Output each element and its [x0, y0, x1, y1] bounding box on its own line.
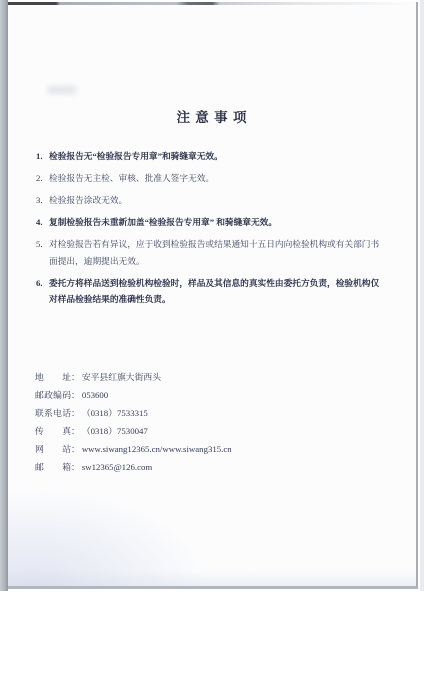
contact-block: 地址：安平县红旗大街西头 邮政编码：053600 联系电话：（0318）7533… — [35, 368, 232, 476]
contact-value: （0318）7530047 — [82, 426, 148, 436]
contact-value: （0318）7533315 — [82, 408, 148, 418]
scan-canvas: 注 意 事 项 1. 检验报告无“检验报告专用章”和骑缝章无效。 2. 检验报告… — [0, 0, 424, 700]
notice-item-3: 3. 检验报告涂改无效。 — [36, 192, 387, 209]
notice-list: 1. 检验报告无“检验报告专用章”和骑缝章无效。 2. 检验报告无主检、审核、批… — [36, 148, 387, 313]
contact-colon: ： — [71, 422, 80, 440]
contact-label: 地址 — [35, 368, 71, 386]
notice-item-6: 6. 委托方将样品送到检验机构检验时，样品及其信息的真实性由委托方负责，检验机构… — [36, 275, 387, 308]
item-number: 5. — [36, 236, 43, 253]
item-text: 检验报告涂改无效。 — [49, 195, 127, 205]
contact-label: 传真 — [35, 422, 71, 440]
item-text: 对检验报告若有异议，应于收到检验报告或结果通知十五日内向检验机构或有关部门书面提… — [49, 239, 379, 266]
notice-item-4: 4. 复制检验报告未重新加盖“检验报告专用章” 和骑缝章无效。 — [36, 214, 387, 231]
item-number: 1. — [36, 148, 43, 165]
notice-item-5: 5. 对检验报告若有异议，应于收到检验报告或结果通知十五日内向检验机构或有关部门… — [36, 236, 387, 269]
contact-label: 邮箱 — [35, 458, 71, 476]
contact-colon: ： — [71, 404, 80, 422]
contact-value: 053600 — [82, 390, 108, 400]
item-text: 检验报告无“检验报告专用章”和骑缝章无效。 — [49, 151, 223, 161]
contact-row-phone: 联系电话：（0318）7533315 — [35, 404, 232, 422]
contact-value: www.siwang12365.cn/www.siwang315.cn — [82, 444, 232, 454]
notice-item-2: 2. 检验报告无主检、审核、批准人签字无效。 — [36, 170, 387, 187]
scan-bottom-tint-artifact — [8, 570, 416, 586]
item-text: 委托方将样品送到检验机构检验时，样品及其信息的真实性由委托方负责，检验机构仅对样… — [49, 278, 379, 305]
contact-row-postcode: 邮政编码：053600 — [35, 386, 232, 404]
scan-smudge-artifact — [48, 86, 76, 94]
page-title: 注 意 事 项 — [8, 106, 416, 126]
item-text: 检验报告无主检、审核、批准人签字无效。 — [49, 173, 214, 183]
contact-value: sw12365@126.com — [82, 462, 152, 472]
contact-label: 联系电话 — [35, 404, 71, 422]
item-number: 2. — [36, 170, 43, 187]
contact-colon: ： — [71, 386, 80, 404]
contact-label: 邮政编码 — [35, 386, 71, 404]
contact-colon: ： — [71, 440, 80, 458]
scanner-left-edge — [0, 0, 8, 591]
notice-item-1: 1. 检验报告无“检验报告专用章”和骑缝章无效。 — [36, 148, 387, 165]
document-page: 注 意 事 项 1. 检验报告无“检验报告专用章”和骑缝章无效。 2. 检验报告… — [8, 2, 418, 589]
item-number: 6. — [36, 275, 43, 292]
scanner-right-edge — [420, 0, 424, 591]
contact-row-email: 邮箱：sw12365@126.com — [35, 458, 232, 476]
contact-colon: ： — [71, 368, 80, 386]
contact-row-fax: 传真：（0318）7530047 — [35, 422, 232, 440]
scan-corner-tint-artifact — [8, 490, 203, 586]
contact-colon: ： — [71, 458, 80, 476]
contact-label: 网站 — [35, 440, 71, 458]
contact-value: 安平县红旗大街西头 — [82, 372, 161, 382]
scan-top-edge-artifact — [8, 2, 416, 5]
item-number: 4. — [36, 214, 43, 231]
contact-row-address: 地址：安平县红旗大街西头 — [35, 368, 232, 386]
item-number: 3. — [36, 192, 43, 209]
item-text: 复制检验报告未重新加盖“检验报告专用章” 和骑缝章无效。 — [49, 217, 277, 227]
contact-row-website: 网站：www.siwang12365.cn/www.siwang315.cn — [35, 440, 232, 458]
